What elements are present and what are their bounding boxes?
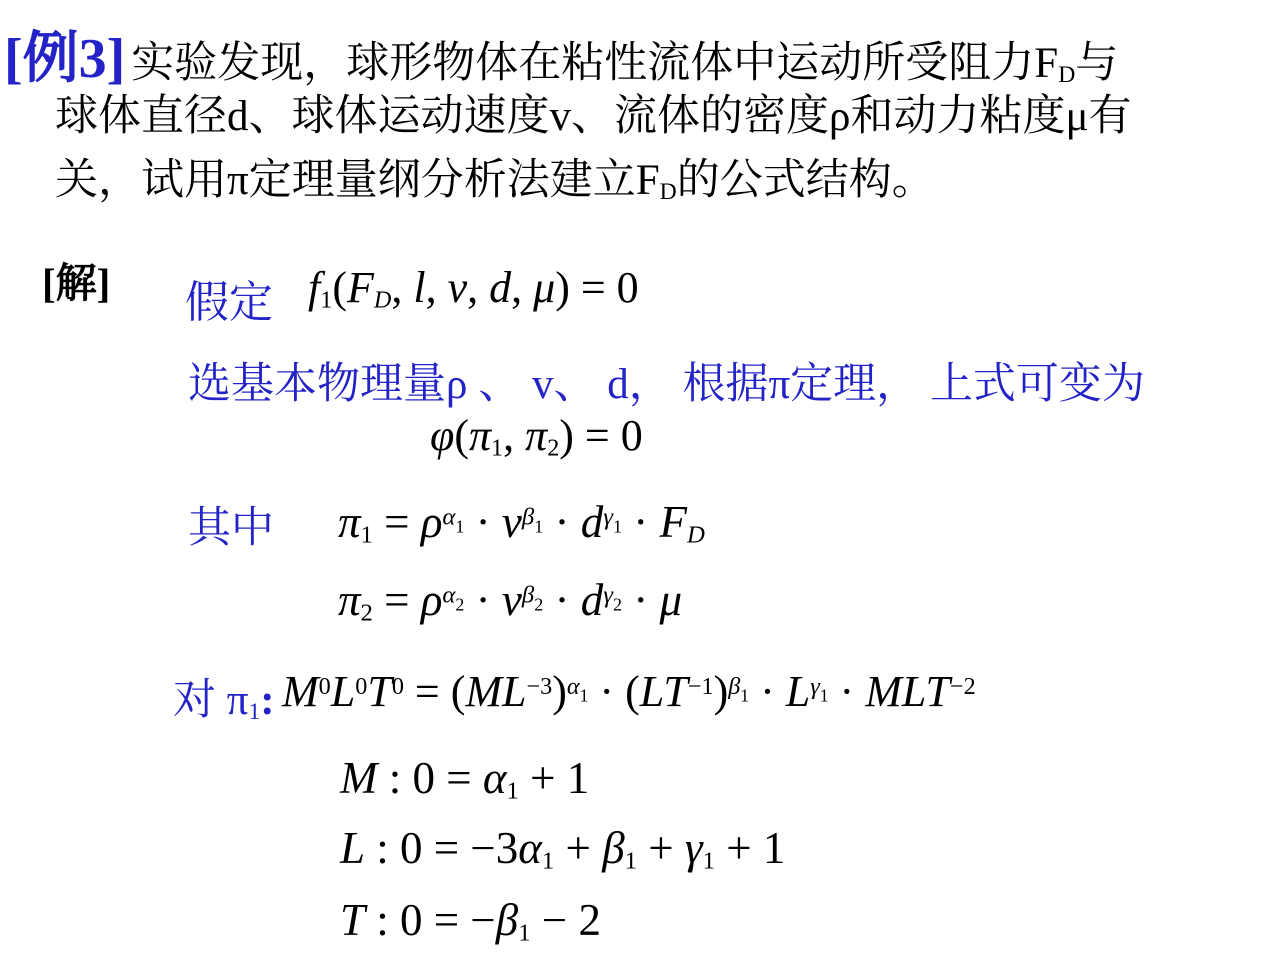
run: ) — [714, 667, 729, 716]
run: 1 — [534, 516, 543, 536]
run: β — [522, 504, 534, 531]
run: = ( — [404, 667, 465, 716]
run: l — [413, 263, 425, 312]
run: 2 — [613, 594, 622, 614]
run: 的公式结构。 — [677, 157, 935, 204]
run: β — [522, 582, 534, 609]
run: γ — [685, 823, 703, 873]
run: β — [496, 895, 518, 945]
run: α — [442, 504, 455, 531]
run: , — [467, 263, 489, 312]
run: α — [518, 823, 542, 873]
run: 1 — [625, 847, 637, 874]
formula-pi2: π2 = ρα2 · vβ2 · dγ2 · μ — [338, 574, 682, 627]
run: d — [581, 575, 604, 625]
run: 1 — [613, 516, 622, 536]
run: 1 — [361, 521, 373, 548]
run: π — [227, 677, 249, 724]
run: F — [636, 157, 660, 204]
run: · — [464, 575, 502, 625]
run: ρ — [421, 497, 443, 547]
run: T — [925, 667, 949, 716]
run: π — [338, 497, 361, 547]
run: · ( — [588, 667, 639, 716]
run: 0 — [392, 673, 404, 700]
run: d — [489, 263, 511, 312]
run: · — [829, 667, 866, 716]
run: L — [340, 823, 365, 873]
run: T — [663, 667, 687, 716]
run: 1 — [703, 847, 715, 874]
run: 1 — [740, 685, 749, 705]
run: , — [511, 263, 533, 312]
title-line-1-text: 实验发现，球形物体在粘性流体中运动所受阻力FD与 — [131, 40, 1118, 87]
run: 0 — [355, 673, 367, 700]
run: + 1 — [715, 823, 785, 873]
run: ρ — [421, 575, 443, 625]
run: ( — [332, 263, 347, 312]
run: f — [308, 263, 320, 312]
run: M — [865, 667, 902, 716]
run: α — [442, 582, 455, 609]
run: D — [374, 286, 391, 313]
run: · — [464, 497, 502, 547]
run: · — [543, 575, 581, 625]
run: 2 — [361, 599, 373, 626]
run: D — [687, 521, 705, 548]
run: , — [426, 263, 448, 312]
formula-dimensional-equation: M0L0T0 = (ML−3)α1 · (LT−1)β1 · Lγ1 · MLT… — [282, 666, 976, 717]
run: : — [260, 677, 274, 724]
equation-time: T : 0 = −β1 − 2 — [340, 894, 601, 947]
run: · — [543, 497, 581, 547]
run: 球体直径d、球体运动速度v、流体的密度ρ和动力粘度μ有 — [55, 93, 1132, 140]
run: γ — [603, 582, 613, 609]
run: v — [502, 497, 522, 547]
run: 1 — [248, 699, 260, 725]
run: M — [340, 753, 378, 803]
formula-f1: f1(FD, l, v, d, μ) = 0 — [308, 262, 639, 314]
run: D — [660, 179, 677, 205]
run: β — [728, 673, 740, 700]
formula-phi: φ(π1, π2) = 0 — [430, 410, 643, 462]
run: 1 — [320, 286, 332, 313]
run: β — [602, 823, 624, 873]
equation-mass: M : 0 = α1 + 1 — [340, 752, 589, 805]
run: 对 — [173, 677, 216, 724]
run: 1 — [491, 434, 503, 461]
run: ) = 0 — [555, 263, 638, 312]
for-pi1-label: 对 π1: — [173, 666, 275, 727]
run: L — [640, 667, 664, 716]
formula-pi1: π1 = ρα1 · vβ1 · dγ1 · FD — [338, 496, 705, 549]
run: + — [637, 823, 685, 873]
title-line-3: 关，试用π定理量纲分析法建立FD的公式结构。 — [55, 146, 935, 207]
run: 2 — [534, 594, 543, 614]
run: −1 — [688, 673, 714, 700]
run: : 0 = −3 — [365, 823, 518, 873]
run: · — [622, 497, 660, 547]
basis-quantities-statement: 选基本物理量ρ 、 v、 d， 根据π定理， 上式可变为 — [188, 350, 1145, 411]
run: F — [347, 263, 374, 312]
run: 2 — [547, 434, 559, 461]
assume-label: 假定 — [185, 266, 273, 330]
run: : 0 = — [378, 753, 483, 803]
run: F — [660, 497, 688, 547]
run: L — [331, 667, 355, 716]
run: μ — [533, 263, 555, 312]
run: T — [367, 667, 391, 716]
run: ) = 0 — [559, 411, 642, 460]
run: ( — [454, 411, 469, 460]
run: d — [581, 497, 604, 547]
run: 1 — [507, 777, 519, 804]
run: v — [502, 575, 522, 625]
run: π — [338, 575, 361, 625]
run — [216, 677, 227, 724]
run: · — [622, 575, 660, 625]
run: = — [373, 497, 421, 547]
run: 与 — [1075, 40, 1118, 87]
run: + 1 — [519, 753, 589, 803]
run: M — [465, 667, 502, 716]
run: α — [483, 753, 507, 803]
run: + — [554, 823, 602, 873]
run: L — [786, 667, 810, 716]
run: 1 — [820, 685, 829, 705]
run: v — [448, 263, 468, 312]
run: L — [502, 667, 526, 716]
run: γ — [603, 504, 613, 531]
run: −3 — [527, 673, 553, 700]
run: π — [525, 411, 547, 460]
run: , — [391, 263, 413, 312]
run: T — [340, 895, 365, 945]
run: α — [567, 673, 580, 700]
run: , — [503, 411, 525, 460]
run: 1 — [542, 847, 554, 874]
run: ) — [552, 667, 567, 716]
solution-label: [解] — [42, 250, 110, 309]
slide: [例3]实验发现，球形物体在粘性流体中运动所受阻力FD与 球体直径d、球体运动速… — [0, 0, 1282, 962]
run: −2 — [950, 673, 976, 700]
run: 实验发现，球形物体在粘性流体中运动所受阻力 — [131, 40, 1034, 87]
run: 0 — [319, 673, 331, 700]
run: M — [282, 667, 319, 716]
run: · — [749, 667, 786, 716]
run: μ — [660, 575, 683, 625]
run: F — [1034, 40, 1058, 87]
run: φ — [430, 411, 454, 460]
run: γ — [810, 673, 820, 700]
run: = — [373, 575, 421, 625]
run: 关，试用π定理量纲分析法建立 — [55, 157, 636, 204]
title-line-2: 球体直径d、球体运动速度v、流体的密度ρ和动力粘度μ有 — [55, 82, 1132, 143]
run: : 0 = − — [365, 895, 496, 945]
equation-length: L : 0 = −3α1 + β1 + γ1 + 1 — [340, 822, 785, 875]
run: π — [469, 411, 491, 460]
example-tag: [例3] — [4, 28, 125, 90]
run: L — [902, 667, 926, 716]
where-label: 其中 — [188, 494, 274, 555]
run: 1 — [518, 919, 530, 946]
run: − 2 — [531, 895, 601, 945]
